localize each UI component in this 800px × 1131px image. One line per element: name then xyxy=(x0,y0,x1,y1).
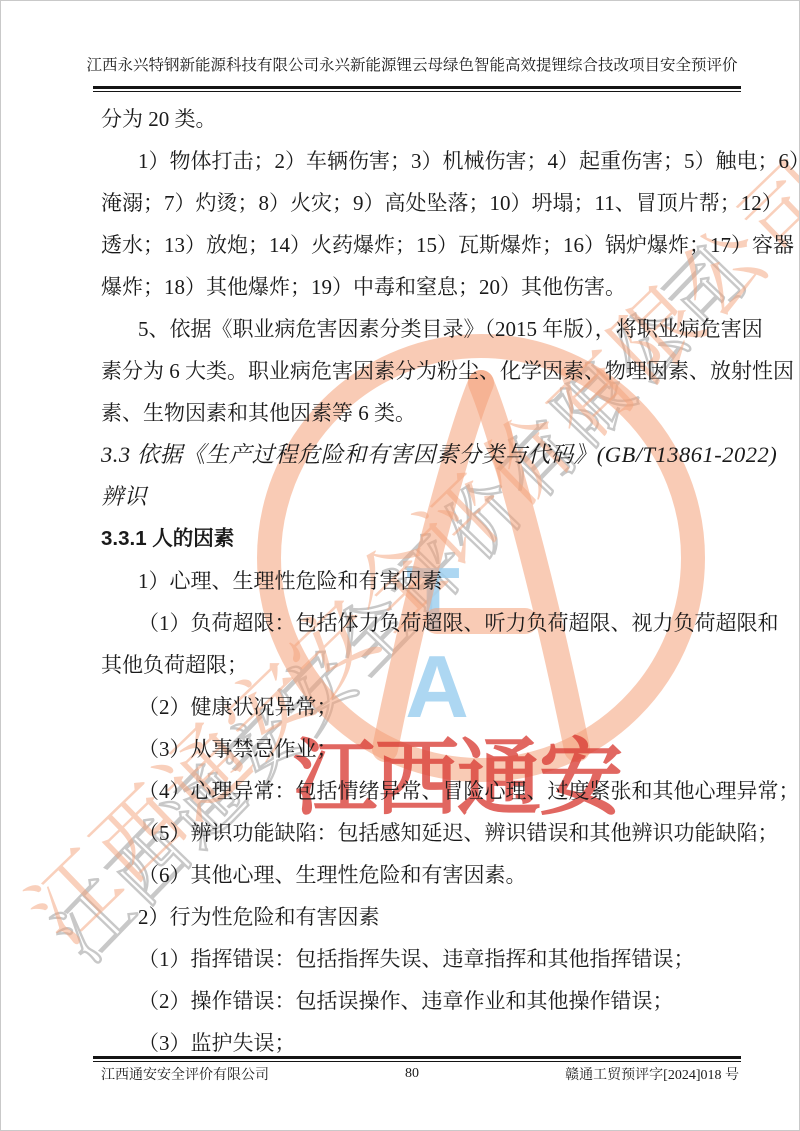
body-text: 分为 20 类。1）物体打击；2）车辆伤害；3）机械伤害；4）起重伤害；5）触电… xyxy=(101,98,741,1064)
body-line: 淹溺；7）灼烫；8）火灾；9）高处坠落；10）坍塌；11、冒顶片帮；12） xyxy=(101,182,741,224)
body-line: （3）从事禁忌作业； xyxy=(101,728,741,770)
footer-company: 江西通安安全评价有限公司 xyxy=(101,1064,413,1084)
footer-page-number: 80 xyxy=(405,1066,419,1082)
body-line: 分为 20 类。 xyxy=(101,98,741,140)
body-line: （1）指挥错误：包括指挥失误、违章指挥和其他指挥错误； xyxy=(101,938,741,980)
body-line: 素分为 6 大类。职业病危害因素分为粉尘、化学因素、物理因素、放射性因 xyxy=(101,350,741,392)
body-line: （5）辨识功能缺陷：包括感知延迟、辨识错误和其他辨识功能缺陷； xyxy=(101,812,741,854)
footer-doc-number: 赣通工贸预评字[2024]018 号 xyxy=(427,1064,739,1084)
footer-rule xyxy=(93,1056,741,1062)
body-line: 透水；13）放炮；14）火药爆炸；15）瓦斯爆炸；16）锅炉爆炸；17）容器 xyxy=(101,224,741,266)
body-line: （2）操作错误：包括误操作、违章作业和其他操作错误； xyxy=(101,980,741,1022)
body-line: （6）其他心理、生理性危险和有害因素。 xyxy=(101,854,741,896)
body-line: （1）负荷超限：包括体力负荷超限、听力负荷超限、视力负荷超限和 xyxy=(101,602,741,644)
body-line: 素、生物因素和其他因素等 6 类。 xyxy=(101,392,741,434)
body-line: （2）健康状况异常； xyxy=(101,686,741,728)
body-line: 其他负荷超限； xyxy=(101,644,741,686)
body-line: （4）心理异常：包括情绪异常、冒险心理、过度紧张和其他心理异常； xyxy=(101,770,741,812)
body-line: 3.3 依据《生产过程危险和有害因素分类与代码》(GB/T13861-2022) xyxy=(101,434,741,476)
body-line: 1）物体打击；2）车辆伤害；3）机械伤害；4）起重伤害；5）触电；6） xyxy=(101,140,741,182)
body-line: 爆炸；18）其他爆炸；19）中毒和窒息；20）其他伤害。 xyxy=(101,266,741,308)
header-rule xyxy=(93,86,741,92)
body-line: 3.3.1 人的因素 xyxy=(101,518,741,560)
document-page: 江西通安安全评价有限公司 江西通安安全评价有限公司 T A 江西通安 江西永兴特… xyxy=(0,0,800,1131)
body-line: 5、依据《职业病危害因素分类目录》（2015 年版），将职业病危害因 xyxy=(101,308,741,350)
body-line: 1）心理、生理性危险和有害因素 xyxy=(101,560,741,602)
body-line: 辨识 xyxy=(101,476,741,518)
footer: 江西通安安全评价有限公司 80 赣通工贸预评字[2024]018 号 xyxy=(101,1064,739,1084)
header-title: 江西永兴特钢新能源科技有限公司永兴新能源锂云母绿色智能高效提锂综合技改项目安全预… xyxy=(81,53,743,75)
body-line: 2）行为性危险和有害因素 xyxy=(101,896,741,938)
